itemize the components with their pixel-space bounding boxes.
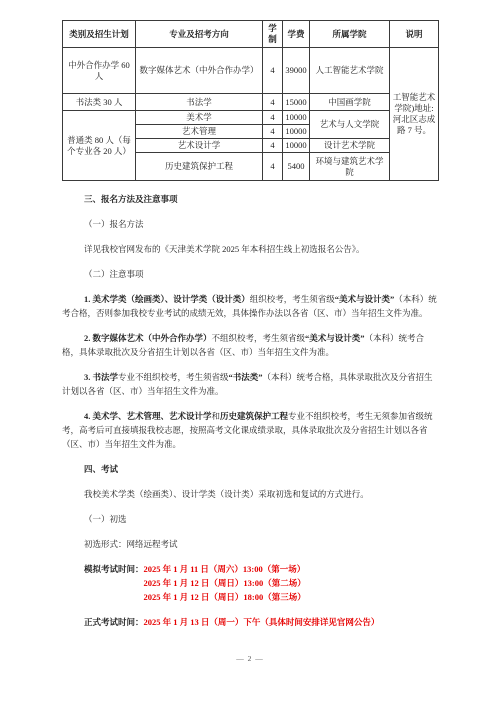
cell-major: 美术学 (136, 111, 263, 125)
cell-college: 环境与建筑艺术学院 (310, 153, 390, 181)
section-registration: 三、报名方法及注意事项 （一）报名方法 详见我校官网发布的《天津美术学院 202… (62, 192, 438, 451)
header-years: 学制 (263, 21, 283, 48)
header-college: 所属学院 (310, 21, 390, 48)
cell-note: 工智能艺术学院)地址:河北区志成路 7 号。 (390, 48, 439, 181)
page-number: — 2 — (0, 654, 500, 663)
sub-heading-notes: （二）注意事项 (62, 267, 438, 281)
cell-fee: 10000 (283, 139, 310, 153)
sub-heading-preliminary: （一）初选 (62, 512, 438, 526)
note-paragraph-4: 4. 美术学、艺术管理、艺术设计学和历史建筑保护工程专业不组织校考，考生无须参加… (62, 409, 438, 451)
mock-exam-time-3: 2025 年 1 月 12 日（周日）18:00（第三场） (144, 590, 306, 604)
section-exam: 四、考试 我校美术学类（绘画类）、设计学类（设计类）采取初选和复试的方式进行。 … (62, 462, 438, 629)
cell-category: 书法类 30 人 (63, 94, 136, 111)
cell-major: 数字媒体艺术（中外合作办学） (136, 48, 263, 94)
note-paragraph-1: 1. 美术学类（绘画类）、设计学类（设计类）组织校考，考生须省级“美术与设计类”… (62, 292, 438, 320)
formal-exam-time: 2025 年 1 月 13 日（周一）下午（具体时间安排详见官网公告） (144, 617, 380, 627)
mock-exam-time-2: 2025 年 1 月 12 日（周日）13:00（第二场） (144, 576, 306, 590)
header-note: 说明 (390, 21, 439, 48)
table-row: 中外合作办学 60 人 数字媒体艺术（中外合作办学） 4 39000 人工智能艺… (63, 48, 439, 94)
note-paragraph-3: 3. 书法学专业不组织校考，考生须省级“书法类”（本科）统考合格，具体录取批次及… (62, 370, 438, 398)
registration-method-body: 详见我校官网发布的《天津美术学院 2025 年本科招生线上初选报名公告》。 (62, 242, 438, 256)
header-major: 专业及招考方向 (136, 21, 263, 48)
cell-years: 4 (263, 48, 283, 94)
cell-years: 4 (263, 139, 283, 153)
mock-exam-times: 模拟考试时间： 2025 年 1 月 11 日（周六）13:00（第一场） 20… (62, 562, 438, 604)
document-page: 类别及招生计划 专业及招考方向 学制 学费 所属学院 说明 中外合作办学 60 … (0, 0, 500, 706)
table-header-row: 类别及招生计划 专业及招考方向 学制 学费 所属学院 说明 (63, 21, 439, 48)
cell-years: 4 (263, 153, 283, 181)
cell-years: 4 (263, 94, 283, 111)
cell-college: 艺术与人文学院 (310, 111, 390, 139)
cell-major: 历史建筑保护工程 (136, 153, 263, 181)
cell-college: 人工智能艺术学院 (310, 48, 390, 94)
sub-heading-registration-method: （一）报名方法 (62, 217, 438, 231)
page-content: 类别及招生计划 专业及招考方向 学制 学费 所属学院 说明 中外合作办学 60 … (0, 0, 500, 629)
cell-major: 书法学 (136, 94, 263, 111)
admissions-table: 类别及招生计划 专业及招考方向 学制 学费 所属学院 说明 中外合作办学 60 … (62, 20, 439, 181)
cell-years: 4 (263, 111, 283, 125)
header-category: 类别及招生计划 (63, 21, 136, 48)
section-4-heading: 四、考试 (62, 462, 438, 476)
cell-fee: 5400 (283, 153, 310, 181)
section-3-heading: 三、报名方法及注意事项 (62, 192, 438, 206)
header-fee: 学费 (283, 21, 310, 48)
cell-category: 普通类 80 人（每个专业各 20 人） (63, 111, 136, 181)
mock-exam-label: 模拟考试时间： (62, 562, 144, 604)
note-paragraph-2: 2. 数字媒体艺术（中外合作办学）不组织校考，考生须省级“美术与设计类”（本科）… (62, 331, 438, 359)
formal-exam-time-line: 正式考试时间：2025 年 1 月 13 日（周一）下午（具体时间安排详见官网公… (62, 615, 438, 629)
table-row: 书法类 30 人 书法学 4 15000 中国画学院 (63, 94, 439, 111)
mock-exam-time-list: 2025 年 1 月 11 日（周六）13:00（第一场） 2025 年 1 月… (144, 562, 306, 604)
cell-major: 艺术管理 (136, 125, 263, 139)
cell-major: 艺术设计学 (136, 139, 263, 153)
cell-college: 中国画学院 (310, 94, 390, 111)
cell-fee: 15000 (283, 94, 310, 111)
cell-category: 中外合作办学 60 人 (63, 48, 136, 94)
mock-exam-time-1: 2025 年 1 月 11 日（周六）13:00（第一场） (144, 562, 306, 576)
cell-years: 4 (263, 125, 283, 139)
table-row: 普通类 80 人（每个专业各 20 人） 美术学 4 10000 艺术与人文学院 (63, 111, 439, 125)
cell-fee: 10000 (283, 125, 310, 139)
cell-fee: 10000 (283, 111, 310, 125)
preliminary-form-line: 初选形式：网络远程考试 (62, 537, 438, 551)
cell-college: 设计艺术学院 (310, 139, 390, 153)
cell-fee: 39000 (283, 48, 310, 94)
formal-exam-label: 正式考试时间： (84, 617, 144, 627)
exam-intro: 我校美术学类（绘画类）、设计学类（设计类）采取初选和复试的方式进行。 (62, 487, 438, 501)
